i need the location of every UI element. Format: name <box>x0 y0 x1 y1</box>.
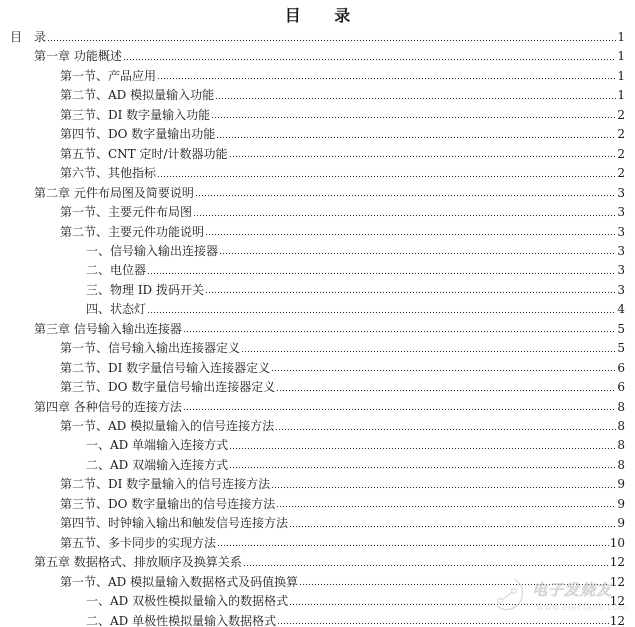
dot-leader <box>229 466 616 470</box>
toc-entry-page-number: 1 <box>616 29 625 45</box>
dot-leader <box>205 291 616 295</box>
toc-entry[interactable]: 第一节、AD 模拟量输入的信号连接方法8 <box>60 415 625 434</box>
toc-entry-page-number: 2 <box>616 107 625 123</box>
dot-leader <box>157 77 616 81</box>
toc-entry[interactable]: 四、状态灯4 <box>86 298 625 317</box>
toc-entry[interactable]: 第三节、DI 数字量输入功能2 <box>60 104 625 123</box>
toc-entry[interactable]: 第一节、信号输入输出连接器定义5 <box>60 337 625 356</box>
dot-leader <box>219 252 616 256</box>
toc-entry[interactable]: 第四节、DO 数字量输出功能2 <box>60 123 625 142</box>
toc-entry-page-number: 12 <box>609 593 625 609</box>
dot-leader <box>47 38 616 42</box>
dot-leader <box>123 57 617 61</box>
dot-leader <box>243 563 609 567</box>
toc-entry-page-number: 3 <box>616 185 625 201</box>
toc-entry[interactable]: 第四章 各种信号的连接方法8 <box>34 396 625 415</box>
toc-entry[interactable]: 第一节、AD 模拟量输入数据格式及码值换算12 <box>60 571 625 590</box>
toc-entry-title[interactable]: 第二节、AD 模拟量输入功能 <box>60 87 215 103</box>
toc-entry-title[interactable]: 目 录 <box>10 29 47 45</box>
toc-entry-page-number: 4 <box>616 301 625 317</box>
toc-entry-title[interactable]: 第一节、AD 模拟量输入数据格式及码值换算 <box>60 574 299 590</box>
toc-entry-page-number: 1 <box>616 68 625 84</box>
toc-entry-title[interactable]: 一、信号输入输出连接器 <box>86 243 219 259</box>
toc-entry[interactable]: 第四节、时钟输入输出和触发信号连接方法9 <box>60 512 625 531</box>
toc-entry-title[interactable]: 第一节、信号输入输出连接器定义 <box>60 340 241 356</box>
dot-leader <box>289 602 609 606</box>
dot-leader <box>147 310 616 314</box>
toc-entry-title[interactable]: 二、AD 双端输入连接方式 <box>86 457 229 473</box>
toc-entry[interactable]: 第五节、CNT 定时/计数器功能2 <box>60 143 625 162</box>
toc-entry-page-number: 6 <box>616 379 625 395</box>
toc-entry-title[interactable]: 第四章 各种信号的连接方法 <box>34 399 183 415</box>
toc-entry-page-number: 1 <box>616 87 625 103</box>
toc-entry-title[interactable]: 四、状态灯 <box>86 301 147 317</box>
toc-entry-page-number: 3 <box>616 224 625 240</box>
toc-entry[interactable]: 第二节、AD 模拟量输入功能1 <box>60 84 625 103</box>
dot-leader <box>147 271 616 275</box>
toc-entry-title[interactable]: 第五章 数据格式、排放顺序及换算关系 <box>34 554 243 570</box>
toc-entry[interactable]: 一、信号输入输出连接器3 <box>86 240 625 259</box>
toc-entry[interactable]: 第五节、多卡同步的实现方法10 <box>60 532 625 551</box>
toc-entry-title[interactable]: 第三节、DO 数字量输出的信号连接方法 <box>60 496 276 512</box>
toc-entry[interactable]: 第六节、其他指标2 <box>60 162 625 181</box>
toc-entry-title[interactable]: 第三章 信号输入输出连接器 <box>34 321 183 337</box>
toc-entry[interactable]: 第二节、DI 数字量信号输入连接器定义6 <box>60 357 625 376</box>
toc-entry-page-number: 3 <box>616 204 625 220</box>
toc-entry-title[interactable]: 第一节、产品应用 <box>60 68 157 84</box>
toc-entry-title[interactable]: 第五节、CNT 定时/计数器功能 <box>60 146 229 162</box>
toc-entry-title[interactable]: 二、电位器 <box>86 262 147 278</box>
toc-entry-page-number: 6 <box>616 360 625 376</box>
dot-leader <box>183 408 617 412</box>
toc-entry-page-number: 12 <box>609 554 625 570</box>
toc-entry-title[interactable]: 第五节、多卡同步的实现方法 <box>60 535 217 551</box>
toc-entry-page-number: 2 <box>616 146 625 162</box>
toc-entry-page-number: 1 <box>616 48 625 64</box>
dot-leader <box>276 505 616 509</box>
toc-entry-title[interactable]: 第二节、主要元件功能说明 <box>60 224 205 240</box>
page-title: 目 录 <box>0 6 635 26</box>
toc-entry-page-number: 8 <box>616 457 625 473</box>
toc-entry-page-number: 12 <box>609 574 625 590</box>
toc-entry-page-number: 2 <box>616 126 625 142</box>
dot-leader <box>229 155 617 159</box>
toc-entry-title[interactable]: 一、AD 单端输入连接方式 <box>86 437 229 453</box>
toc-entry-title[interactable]: 第一节、主要元件布局图 <box>60 204 193 220</box>
dot-leader <box>271 485 616 489</box>
toc-entry[interactable]: 三、物理 ID 拨码开关3 <box>86 279 625 298</box>
dot-leader <box>271 369 616 373</box>
dot-leader <box>276 388 616 392</box>
dot-leader <box>275 427 616 431</box>
toc-entry-title[interactable]: 一、AD 双极性模拟量输入的数据格式 <box>86 593 289 609</box>
dot-leader <box>211 116 616 120</box>
toc-entry-page-number: 12 <box>609 613 625 627</box>
toc-entry[interactable]: 第三节、DO 数字量输出的信号连接方法9 <box>60 493 625 512</box>
toc-entry-title[interactable]: 第六节、其他指标 <box>60 165 157 181</box>
toc-entry[interactable]: 目 录1 <box>10 26 625 45</box>
toc-entry[interactable]: 第三章 信号输入输出连接器5 <box>34 318 625 337</box>
toc-entry-title[interactable]: 第一节、AD 模拟量输入的信号连接方法 <box>60 418 275 434</box>
toc-entry-title[interactable]: 第二节、DI 数字量信号输入连接器定义 <box>60 360 271 376</box>
toc-entry-page-number: 5 <box>616 340 625 356</box>
toc-entry-title[interactable]: 三、物理 ID 拨码开关 <box>86 282 205 298</box>
dot-leader <box>277 622 609 626</box>
toc-entry[interactable]: 第一节、产品应用1 <box>60 65 625 84</box>
toc-entry[interactable]: 第二章 元件布局图及简要说明3 <box>34 182 625 201</box>
toc-entry-title[interactable]: 第四节、时钟输入输出和触发信号连接方法 <box>60 515 289 531</box>
dot-leader <box>217 544 609 548</box>
dot-leader <box>215 96 616 100</box>
dot-leader <box>216 135 616 139</box>
toc-entry-page-number: 3 <box>616 243 625 259</box>
toc-entry-page-number: 8 <box>616 418 625 434</box>
toc-entry[interactable]: 二、AD 单极性模拟量输入数据格式12 <box>86 610 625 627</box>
dot-leader <box>289 524 616 528</box>
dot-leader <box>157 174 616 178</box>
toc-entry-title[interactable]: 第四节、DO 数字量输出功能 <box>60 126 216 142</box>
dot-leader <box>299 583 609 587</box>
toc-entry[interactable]: 一、AD 单端输入连接方式8 <box>86 434 625 453</box>
toc-entry-title[interactable]: 第一章 功能概述 <box>34 48 123 64</box>
toc-entry-page-number: 5 <box>616 321 625 337</box>
toc-entry-page-number: 10 <box>609 535 625 551</box>
toc-entry[interactable]: 第一章 功能概述1 <box>34 45 625 64</box>
dot-leader <box>193 213 616 217</box>
toc-entry-title[interactable]: 第二节、DI 数字量输入的信号连接方法 <box>60 476 271 492</box>
toc-entry-page-number: 3 <box>616 262 625 278</box>
toc-entry-page-number: 9 <box>616 476 625 492</box>
dot-leader <box>195 194 617 198</box>
toc-entry[interactable]: 第五章 数据格式、排放顺序及换算关系12 <box>34 551 625 570</box>
toc-entry[interactable]: 第一节、主要元件布局图3 <box>60 201 625 220</box>
dot-leader <box>183 330 617 334</box>
toc-entry-title[interactable]: 第三节、DO 数字量信号输出连接器定义 <box>60 379 276 395</box>
toc-entry-page-number: 2 <box>616 165 625 181</box>
dot-leader <box>229 446 616 450</box>
toc-entry-page-number: 9 <box>616 496 625 512</box>
toc-entry-page-number: 8 <box>616 399 625 415</box>
toc-entry[interactable]: 二、电位器3 <box>86 259 625 278</box>
toc-entry[interactable]: 一、AD 双极性模拟量输入的数据格式12 <box>86 590 625 609</box>
toc-entry-title[interactable]: 第三节、DI 数字量输入功能 <box>60 107 211 123</box>
toc-entry-title[interactable]: 第二章 元件布局图及简要说明 <box>34 185 195 201</box>
dot-leader <box>241 349 616 353</box>
toc-entry[interactable]: 第二节、主要元件功能说明3 <box>60 221 625 240</box>
toc-entry-title[interactable]: 二、AD 单极性模拟量输入数据格式 <box>86 613 277 627</box>
toc-entry-page-number: 8 <box>616 437 625 453</box>
dot-leader <box>205 233 616 237</box>
toc-entry-page-number: 9 <box>616 515 625 531</box>
toc-entry[interactable]: 二、AD 双端输入连接方式8 <box>86 454 625 473</box>
toc-entry[interactable]: 第二节、DI 数字量输入的信号连接方法9 <box>60 473 625 492</box>
toc-entry[interactable]: 第三节、DO 数字量信号输出连接器定义6 <box>60 376 625 395</box>
toc-entry-page-number: 3 <box>616 282 625 298</box>
